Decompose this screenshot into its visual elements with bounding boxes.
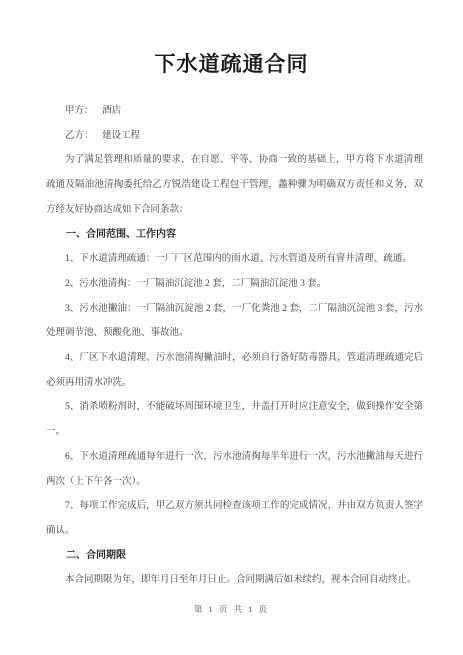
document-title: 下水道疏通合同 xyxy=(0,0,463,77)
document-body: 甲方：酒店 乙方：建设工程 为了满足管理和质量的要求，在自愿、平等、协商一致的基… xyxy=(46,99,423,593)
party-a-label: 甲方： xyxy=(65,106,94,116)
party-a-value: 酒店 xyxy=(102,106,121,116)
contract-item-5: 5、消杀喷粉剂时，不能破坏周围环境卫生，井盖打开时应注意安全，做到操作安全第一。 xyxy=(46,395,423,444)
party-a-line: 甲方：酒店 xyxy=(46,99,423,124)
contract-item-2: 2、污水池清掏：一厂隔油沉淀池 2 套，二厂隔油沉淀池 3 套。 xyxy=(46,272,423,297)
contract-item-3: 3、污水池撇油：一厂隔油沉淀池 2 套，一厂化粪池 2 套，二厂隔油沉淀池 3 … xyxy=(46,297,423,346)
contract-item-6: 6、下水道清理疏通每年进行一次，污水池清掏每半年进行一次，污水池撇油每天进行两次… xyxy=(46,445,423,494)
section-2-heading: 二、合同期限 xyxy=(46,544,423,569)
contract-item-4: 4、厂区下水道清理、污水池清掏撇油时，必须自行备好防毒器具，管道清理疏通完后必须… xyxy=(46,346,423,395)
section-1-heading: 一、合同范围、工作内容 xyxy=(46,223,423,248)
contract-document-page: 下水道疏通合同 甲方：酒店 乙方：建设工程 为了满足管理和质量的要求，在自愿、平… xyxy=(0,0,463,655)
preamble-paragraph: 为了满足管理和质量的要求，在自愿、平等、协商一致的基础上，甲方将下水道清理疏通及… xyxy=(46,148,423,222)
page-number-footer: 第 1 页 共 1 页 xyxy=(0,603,463,615)
term-paragraph: 本合同期限为年，即年月日至年月日止。合同期满后如未续约，视本合同自动终止。 xyxy=(46,568,423,593)
contract-item-1: 1、下水道清理疏通：一厂厂区范围内的雨水道、污水管道及所有窨井清理、疏通。 xyxy=(46,247,423,272)
party-b-line: 乙方：建设工程 xyxy=(46,124,423,149)
party-b-label: 乙方： xyxy=(65,131,94,141)
contract-item-7: 7、每项工作完成后，甲乙双方须共同检查该项工作的完成情况，并由双方负责人签字确认… xyxy=(46,494,423,543)
party-b-value: 建设工程 xyxy=(102,131,140,141)
